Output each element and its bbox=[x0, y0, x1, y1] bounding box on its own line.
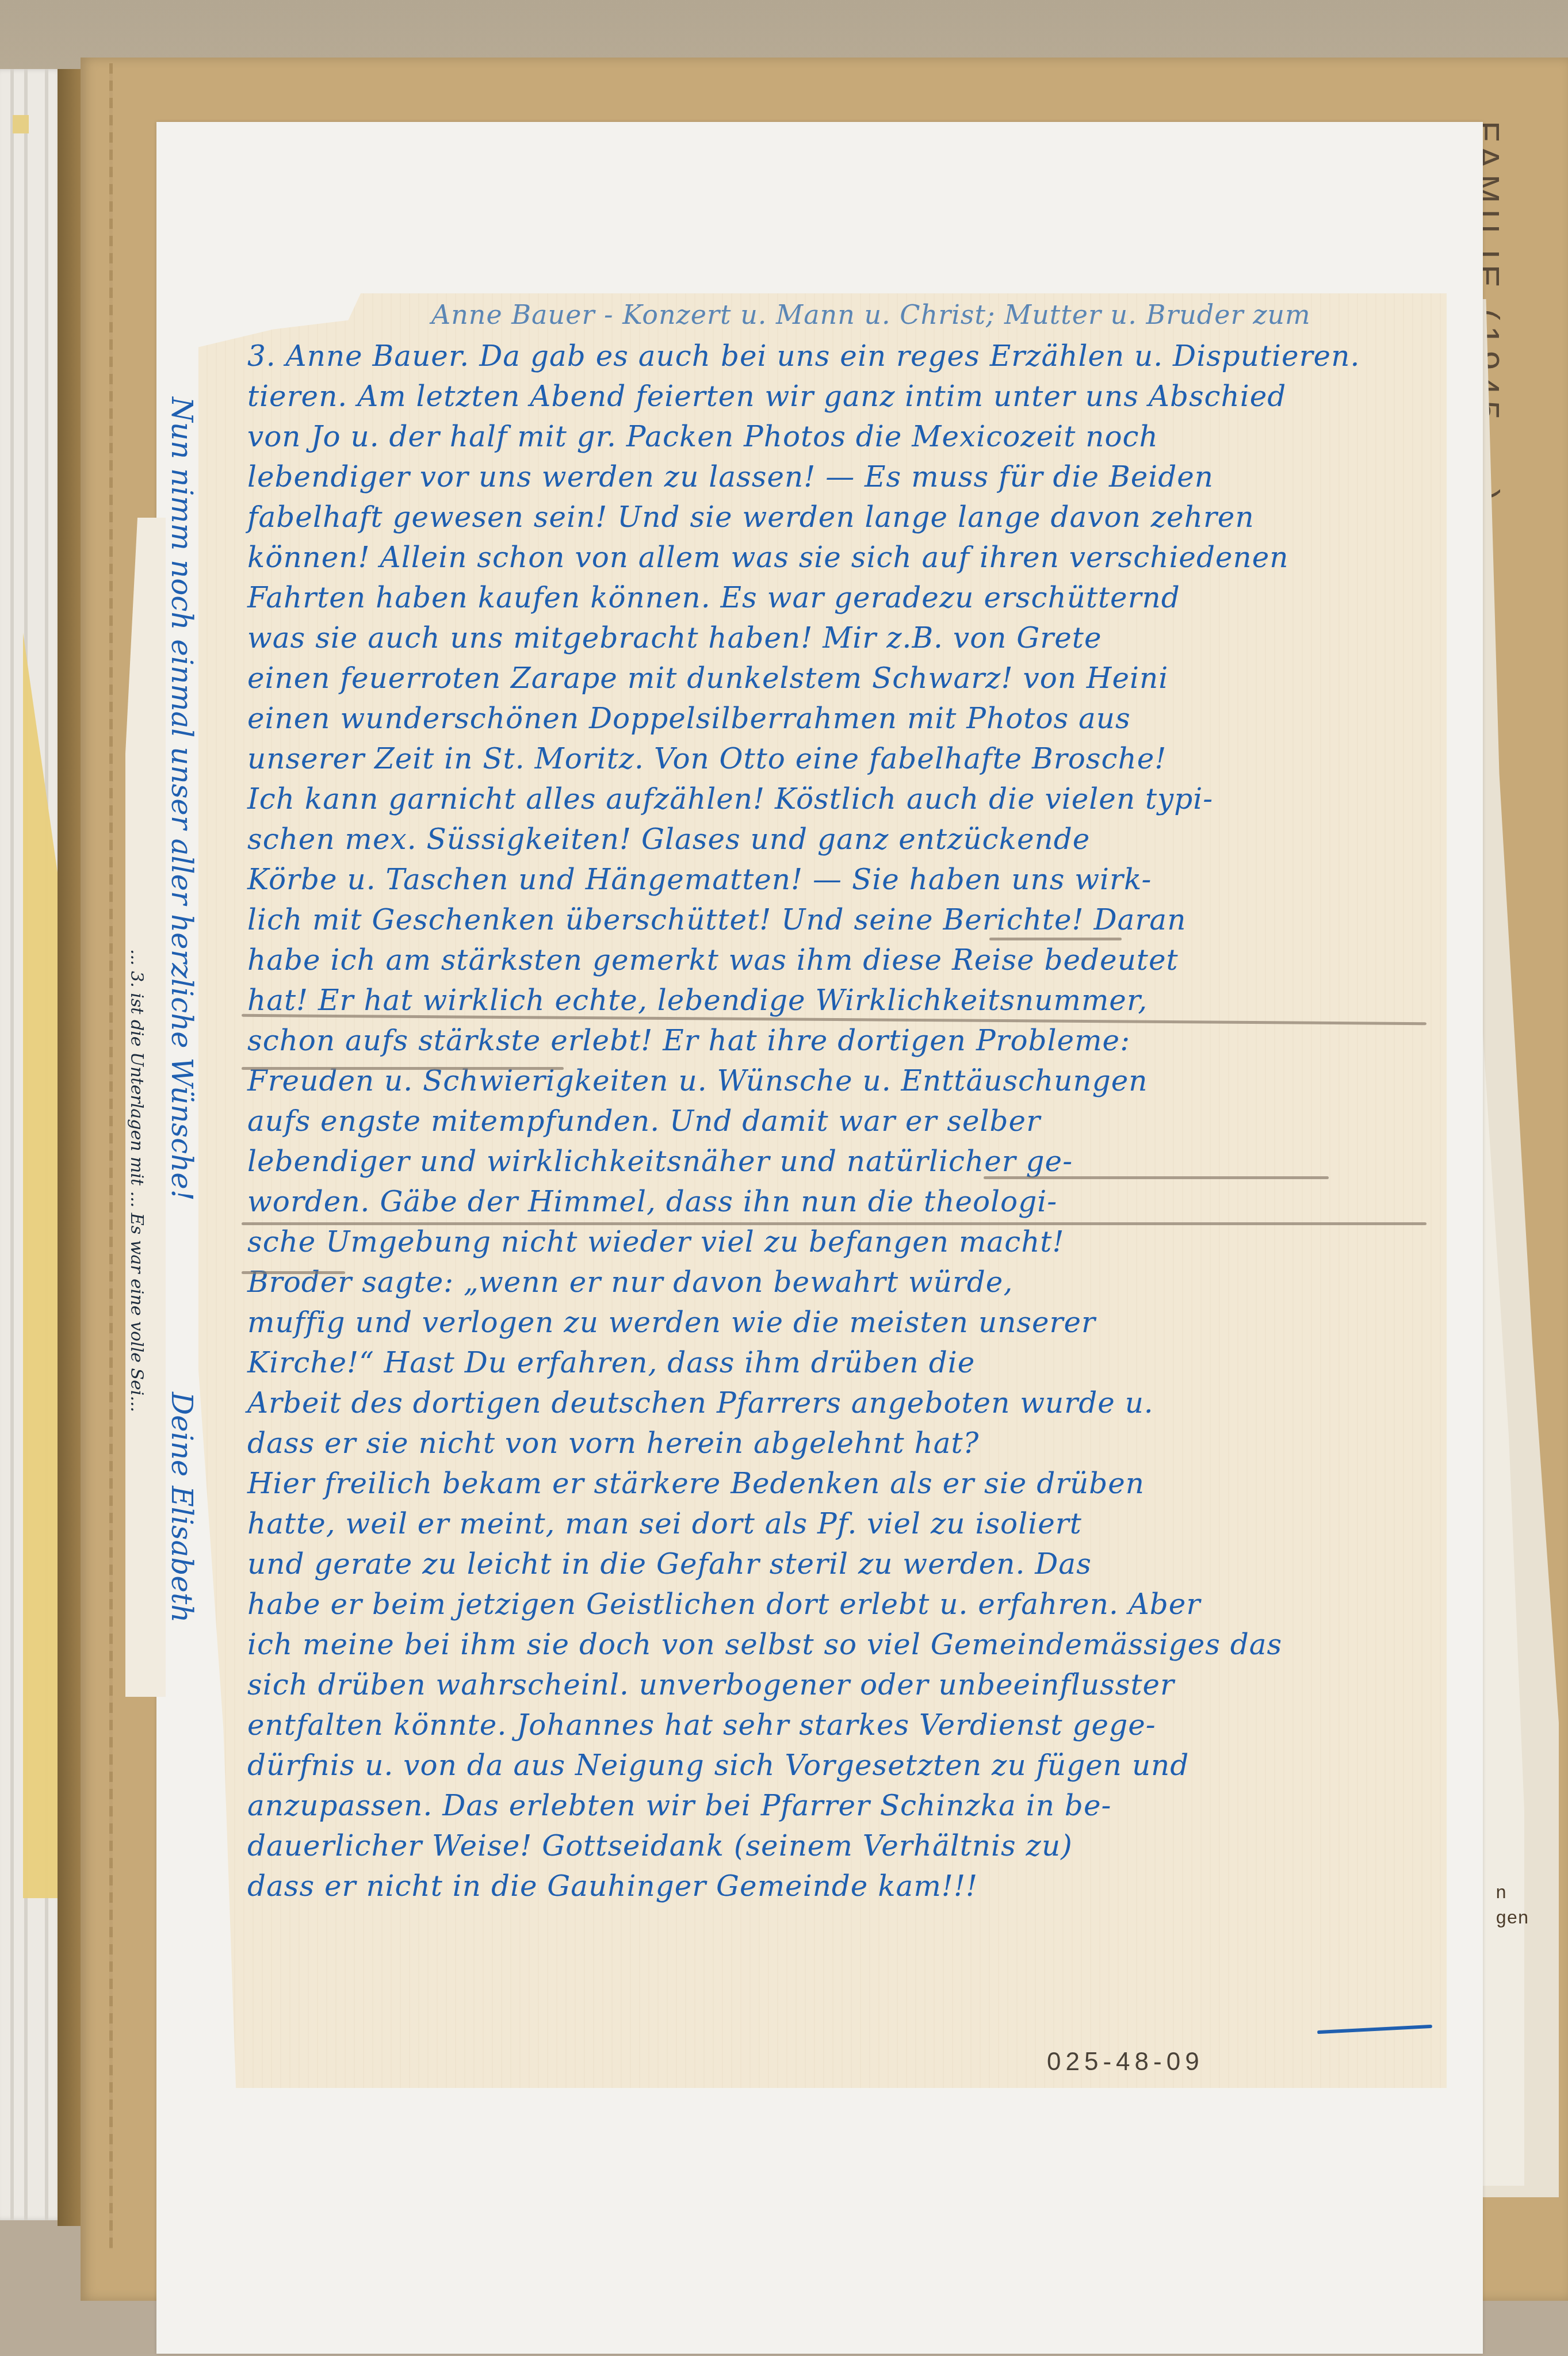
letter-line: von Jo u. der half mit gr. Packen Photos… bbox=[247, 420, 1158, 453]
stack-sheet-edge bbox=[10, 69, 14, 2220]
letter-line: lebendiger vor uns werden zu lassen! — E… bbox=[247, 460, 1214, 494]
folder-crease bbox=[109, 63, 113, 2249]
pencil-underline bbox=[989, 938, 1122, 940]
yellow-tab bbox=[13, 115, 29, 133]
letter-line: einen feuerroten Zarape mit dunkelstem S… bbox=[247, 661, 1168, 695]
pencil-underline bbox=[242, 1271, 345, 1274]
letter-line: ich meine bei ihm sie doch von selbst so… bbox=[247, 1628, 1282, 1661]
letter-line: können! Allein schon von allem was sie s… bbox=[247, 541, 1289, 574]
letter-line: sche Umgebung nicht wieder viel zu befan… bbox=[247, 1225, 1065, 1259]
pencil-underline bbox=[242, 1222, 1427, 1225]
letter-line: habe ich am stärksten gemerkt was ihm di… bbox=[247, 943, 1179, 977]
pencil-underline bbox=[242, 1067, 564, 1070]
letter-line: lebendiger und wirklichkeitsnäher und na… bbox=[247, 1145, 1073, 1178]
letter-line: Arbeit des dortigen deutschen Pfarrers a… bbox=[247, 1386, 1154, 1420]
letter-line: einen wunderschönen Doppelsilberrahmen m… bbox=[247, 702, 1131, 735]
letter-line: Körbe u. Taschen und Hängematten! — Sie … bbox=[247, 863, 1152, 896]
letter-line: was sie auch uns mitgebracht haben! Mir … bbox=[247, 621, 1102, 655]
letter-line: muffig und verlogen zu werden wie die me… bbox=[247, 1306, 1096, 1339]
letter-line: hat! Er hat wirklich echte, lebendige Wi… bbox=[247, 984, 1148, 1017]
archive-number: 025-48-09 bbox=[1047, 2048, 1204, 2076]
letter-line: anzupassen. Das erlebten wir bei Pfarrer… bbox=[247, 1789, 1111, 1822]
letter-line: entfalten könnte. Johannes hat sehr star… bbox=[247, 1708, 1156, 1742]
letter-line: dass er sie nicht von vorn herein abgele… bbox=[247, 1426, 979, 1460]
letter-line: schon aufs stärkste erlebt! Er hat ihre … bbox=[247, 1024, 1130, 1057]
letter-line: 3. Anne Bauer. Da gab es auch bei uns ei… bbox=[247, 339, 1360, 373]
letter-line: dass er nicht in die Gauhinger Gemeinde … bbox=[247, 1869, 978, 1903]
typed-fragment: n gen bbox=[1496, 1881, 1529, 1932]
letter-line: hatte, weil er meint, man sei dort als P… bbox=[247, 1507, 1082, 1540]
typed-fragment-line: gen bbox=[1496, 1906, 1529, 1932]
letter-line: schen mex. Süssigkeiten! Glases und ganz… bbox=[247, 823, 1090, 856]
letter-line: fabelhaft gewesen sein! Und sie werden l… bbox=[247, 500, 1255, 534]
letter-line: dürfnis u. von da aus Neigung sich Vorge… bbox=[247, 1749, 1189, 1782]
letter-line: Hier freilich bekam er stärkere Bedenken… bbox=[247, 1467, 1145, 1500]
letter-line: sich drüben wahrscheinl. unverbogener od… bbox=[247, 1668, 1175, 1701]
letter-line: Ich kann garnicht alles aufzählen! Köstl… bbox=[247, 782, 1213, 816]
letter-line: Broder sagte: „wenn er nur davon bewahrt… bbox=[247, 1265, 1013, 1299]
letter-line: Kirche!“ Hast Du erfahren, dass ihm drüb… bbox=[247, 1346, 975, 1379]
letter-line: lich mit Geschenken überschüttet! Und se… bbox=[247, 903, 1186, 936]
signature: Deine Elisabeth bbox=[165, 1392, 198, 1623]
letter-line: und gerate zu leicht in die Gefahr steri… bbox=[247, 1547, 1092, 1581]
letter-line: dauerlicher Weise! Gottseidank (seinem V… bbox=[247, 1829, 1073, 1862]
letter-line: habe er beim jetzigen Geistlichen dort e… bbox=[247, 1588, 1200, 1621]
letter-line: aufs engste mitempfunden. Und damit war … bbox=[247, 1104, 1041, 1138]
typed-fragment-line: n bbox=[1496, 1881, 1529, 1906]
side-slip-text: ... 3. ist die Unterlagen mit ... Es war… bbox=[127, 949, 147, 1412]
letter-line: unserer Zeit in St. Moritz. Von Otto ein… bbox=[247, 742, 1167, 775]
letter-header-line: Anne Bauer - Konzert u. Mann u. Christ; … bbox=[431, 299, 1311, 330]
letter-line: Fahrten haben kaufen können. Es war gera… bbox=[247, 581, 1180, 614]
pencil-underline bbox=[984, 1176, 1329, 1179]
margin-greeting: Nun nimm noch einmal unser aller herzlic… bbox=[165, 397, 198, 1201]
letter-line: tieren. Am letzten Abend feierten wir ga… bbox=[247, 380, 1286, 413]
letter-line: worden. Gäbe der Himmel, dass ihn nun di… bbox=[247, 1185, 1057, 1218]
